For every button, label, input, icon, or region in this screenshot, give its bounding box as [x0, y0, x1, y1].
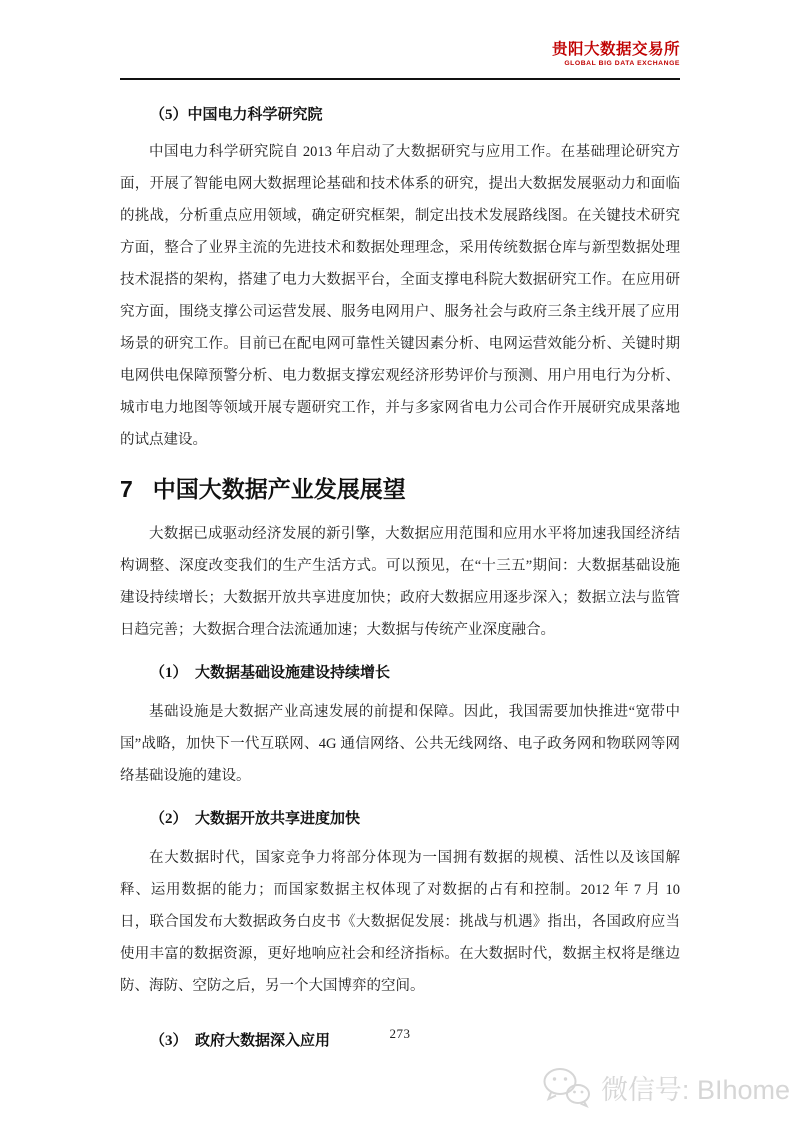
section-5-paragraph: 中国电力科学研究院自 2013 年启动了大数据研究与应用工作。在基础理论研究方面…	[120, 136, 680, 456]
subsection-heading-2: （2） 大数据开放共享进度加快	[120, 808, 680, 830]
document-content: （5）中国电力科学研究院 中国电力科学研究院自 2013 年启动了大数据研究与应…	[120, 92, 680, 1052]
header-divider	[120, 78, 680, 80]
chapter-number: 7	[120, 472, 133, 506]
subsection-heading-1: （1） 大数据基础设施建设持续增长	[120, 662, 680, 684]
wechat-icon	[541, 1066, 591, 1108]
subsection-2-paragraph: 在大数据时代，国家竞争力将部分体现为一国拥有数据的规模、活性以及该国解释、运用数…	[120, 842, 680, 1002]
brand-subtitle: GLOBAL BIG DATA EXCHANGE	[552, 60, 680, 67]
section-heading-5: （5）中国电力科学研究院	[120, 104, 680, 126]
brand-logo: 贵阳大数据交易所 GLOBAL BIG DATA EXCHANGE	[552, 42, 680, 67]
watermark-label: 微信号: BIhome	[601, 1068, 790, 1107]
page-number: 273	[0, 1026, 800, 1042]
wechat-watermark: 微信号: BIhome	[541, 1066, 790, 1108]
chapter-heading: 7 中国大数据产业发展展望	[120, 472, 680, 506]
document-page: 贵阳大数据交易所 GLOBAL BIG DATA EXCHANGE （5）中国电…	[0, 0, 800, 1131]
chapter-intro-paragraph: 大数据已成驱动经济发展的新引擎，大数据应用范围和应用水平将加速我国经济结构调整、…	[120, 518, 680, 646]
brand-title: 贵阳大数据交易所	[552, 42, 680, 58]
chapter-title: 中国大数据产业发展展望	[153, 472, 406, 506]
subsection-1-paragraph: 基础设施是大数据产业高速发展的前提和保障。因此，我国需要加快推进“宽带中国”战略…	[120, 696, 680, 792]
